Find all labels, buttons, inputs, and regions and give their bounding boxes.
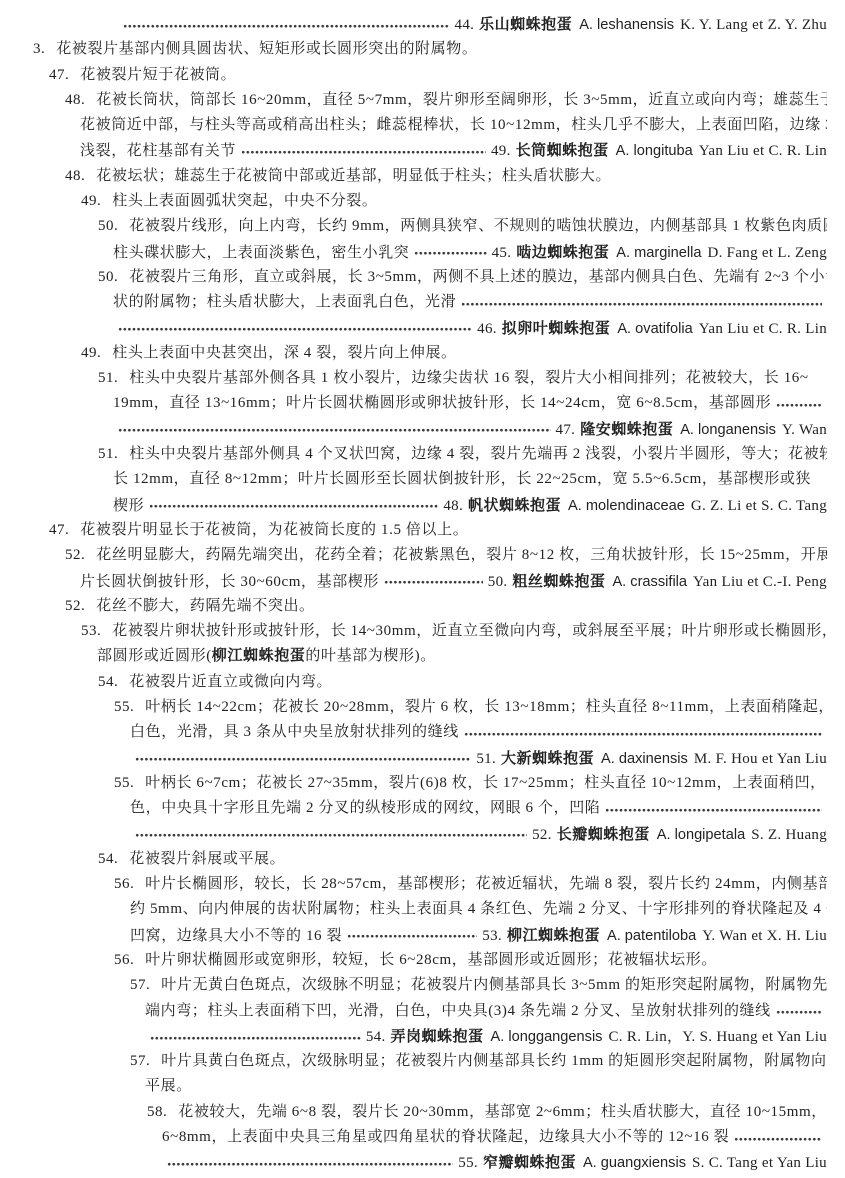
key-line: 51.大新蜘蛛抱蛋A. daxinensisM. F. Hou et Yan L…: [130, 746, 845, 771]
key-text: 部圆形或近圆形(: [97, 644, 212, 669]
key-line: 48.花被坛状；雄蕊生于花被筒中部或近基部，明显低于柱头；柱头盾状膨大。: [65, 164, 845, 189]
species-authority: C. R. Lin，Y. S. Huang et Yan Liu: [608, 1025, 827, 1050]
key-text: 花被裂片线形，向上内弯，长约 9mm，两侧具狭窄、不规则的啮蚀状膜边，内侧基部具…: [129, 214, 827, 239]
couplet-number: 53.: [81, 619, 101, 644]
couplet-number: 51.: [98, 442, 118, 467]
key-line: 片长圆状倒披针形，长 30~60cm，基部楔形50.粗丝蜘蛛抱蛋A. crass…: [80, 569, 845, 594]
species-name-latin: A. crassifila: [612, 570, 687, 595]
key-text: 叶柄长 6~7cm；花被长 27~35mm，裂片(6)8 枚，长 17~25mm…: [145, 771, 827, 796]
couplet-number: 57.: [130, 973, 150, 998]
key-line: 浅裂，花柱基部有关节49.长筒蜘蛛抱蛋A. longitubaYan Liu e…: [80, 138, 845, 163]
species-ref-number: 54.: [366, 1025, 386, 1050]
species-ref-number: 49.: [491, 139, 511, 164]
couplet-number: 49.: [81, 341, 101, 366]
dotted-leader: [605, 802, 822, 816]
species-entry: 49.长筒蜘蛛抱蛋A. longitubaYan Liu et C. R. Li…: [491, 138, 827, 164]
dotted-leader: [414, 245, 486, 259]
key-text: 花被裂片三角形，直立或斜展，长 3~5mm，两侧不具上述的膜边，基部内侧具白色、…: [129, 265, 827, 290]
species-ref-number: 44.: [455, 13, 475, 38]
couplet-number: 56.: [114, 872, 134, 897]
dotted-leader: [464, 726, 822, 740]
species-ref-number: 53.: [482, 924, 502, 949]
species-name-latin: A. marginella: [616, 241, 701, 266]
key-line: 柱头碟状膨大，上表面淡紫色，密生小乳突45.啮边蜘蛛抱蛋A. marginell…: [113, 240, 845, 265]
key-text: 花丝不膨大，药隔先端不突出。: [96, 594, 314, 619]
key-text: 花被裂片短于花被筒。: [80, 63, 236, 88]
couplet-number: 49.: [81, 189, 101, 214]
key-text: 叶片长椭圆形，较长，长 28~57cm，基部楔形；花被近辐状，先端 8 裂，裂片…: [145, 872, 827, 897]
species-authority: Y. Wan: [782, 418, 827, 443]
species-entry: 45.啮边蜘蛛抱蛋A. marginellaD. Fang et L. Zeng: [492, 240, 827, 266]
key-line: 49.柱头上表面圆弧状突起，中央不分裂。: [81, 189, 845, 214]
key-line: 57.叶片具黄白色斑点，次级脉明显；花被裂片内侧基部具长约 1mm 的矩圆形突起…: [130, 1049, 845, 1074]
dotted-leader: [776, 1004, 822, 1018]
species-name-cn: 长瓣蜘蛛抱蛋: [557, 822, 650, 847]
key-text: 花被裂片近直立或微向内弯。: [129, 670, 332, 695]
species-name-cn: 长筒蜘蛛抱蛋: [516, 138, 609, 163]
species-authority: Yan Liu et C.-I. Peng: [693, 570, 827, 595]
key-line: 53.花被裂片卵状披针形或披针形，长 14~30mm，近直立至微向内弯，或斜展至…: [81, 619, 845, 644]
species-entry: 52.长瓣蜘蛛抱蛋A. longipetalaS. Z. Huang: [532, 822, 827, 848]
species-ref-number: 50.: [488, 570, 508, 595]
dotted-leader: [149, 498, 438, 512]
key-text: 叶柄长 14~22cm；花被长 20~28mm，裂片 6 枚，长 13~18mm…: [145, 695, 827, 720]
key-text: 花丝明显膨大，药隔先端突出，花药全着；花被紫黑色，裂片 8~12 枚，三角状披针…: [96, 543, 827, 568]
key-text: 的叶基部为楔形)。: [305, 644, 435, 669]
couplet-number: 51.: [98, 366, 118, 391]
key-line: 52.长瓣蜘蛛抱蛋A. longipetalaS. Z. Huang: [130, 822, 845, 847]
species-name-latin: A. longanensis: [680, 418, 776, 443]
dotted-leader: [135, 827, 527, 841]
species-entry: 44.乐山蜘蛛抱蛋A. leshanensisK. Y. Lang et Z. …: [455, 12, 827, 38]
key-text: 柱头碟状膨大，上表面淡紫色，密生小乳突: [113, 241, 409, 266]
key-line: 端内弯；柱头上表面稍下凹，光滑，白色，中央具(3)4 条先端 2 分叉、呈放射状…: [145, 999, 845, 1024]
species-name-cn: 窄瓣蜘蛛抱蛋: [483, 1150, 576, 1175]
key-line: 楔形48.帆状蜘蛛抱蛋A. molendinaceaeG. Z. Li et S…: [113, 493, 845, 518]
couplet-number: 50.: [98, 265, 118, 290]
dotted-leader: [167, 1156, 453, 1170]
key-line: 长 12mm，直径 8~12mm；叶片长圆形至长圆状倒披针形，长 22~25cm…: [113, 467, 845, 492]
couplet-number: 47.: [49, 518, 69, 543]
species-name-cn: 乐山蜘蛛抱蛋: [479, 12, 572, 37]
key-body: 44.乐山蜘蛛抱蛋A. leshanensisK. Y. Lang et Z. …: [0, 12, 845, 1176]
key-line: 47.花被裂片短于花被筒。: [49, 63, 845, 88]
species-authority: Yan Liu et C. R. Lin: [699, 317, 827, 342]
key-line: 约 5mm、向内伸展的齿状附属物；柱头上表面具 4 条红色、先端 2 分叉、十字…: [130, 897, 845, 922]
species-name-cn: 柳江蜘蛛抱蛋: [507, 923, 600, 948]
dotted-leader: [150, 1030, 361, 1044]
key-line: 56.叶片卵状椭圆形或宽卵形，较短，长 6~28cm，基部圆形或近圆形；花被辐状…: [114, 948, 845, 973]
species-name-cn: 粗丝蜘蛛抱蛋: [512, 569, 605, 594]
species-entry: 54.弄岗蜘蛛抱蛋A. longgangensisC. R. Lin，Y. S.…: [366, 1024, 827, 1050]
species-entry: 55.窄瓣蜘蛛抱蛋A. guangxiensisS. C. Tang et Ya…: [458, 1150, 827, 1176]
dotted-leader: [776, 397, 822, 411]
key-line: 52.花丝不膨大，药隔先端不突出。: [65, 594, 845, 619]
couplet-number: 55.: [114, 695, 134, 720]
key-line: 部圆形或近圆形(柳江蜘蛛抱蛋的叶基部为楔形)。: [97, 644, 845, 669]
species-entry: 50.粗丝蜘蛛抱蛋A. crassifilaYan Liu et C.-I. P…: [488, 569, 827, 595]
key-line: 55.叶柄长 14~22cm；花被长 20~28mm，裂片 6 枚，长 13~1…: [114, 695, 845, 720]
key-line: 46.拟卵叶蜘蛛抱蛋A. ovatifoliaYan Liu et C. R. …: [113, 316, 845, 341]
key-line: 57.叶片无黄白色斑点，次级脉不明显；花被裂片内侧基部具长 3~5mm 的矩形突…: [130, 973, 845, 998]
species-ref-number: 51.: [476, 747, 496, 772]
species-ref-number: 47.: [556, 418, 576, 443]
key-text: 花被较大，先端 6~8 裂，裂片长 20~30mm，基部宽 2~6mm；柱头盾状…: [178, 1100, 827, 1125]
key-text: 叶片具黄白色斑点，次级脉明显；花被裂片内侧基部具长约 1mm 的矩圆形突起附属物…: [161, 1049, 827, 1074]
key-text: 叶片无黄白色斑点，次级脉不明显；花被裂片内侧基部具长 3~5mm 的矩形突起附属…: [161, 973, 827, 998]
species-entry: 48.帆状蜘蛛抱蛋A. molendinaceaeG. Z. Li et S. …: [443, 493, 827, 519]
taxonomic-key-page: 44.乐山蜘蛛抱蛋A. leshanensisK. Y. Lang et Z. …: [0, 0, 845, 1178]
key-text: 19mm，直径 13~16mm；叶片长圆状椭圆形或卵状披针形，长 14~24cm…: [113, 391, 771, 416]
key-line: 50.花被裂片线形，向上内弯，长约 9mm，两侧具狭窄、不规则的啮蚀状膜边，内侧…: [98, 214, 845, 239]
dotted-leader: [461, 296, 822, 310]
dotted-leader: [384, 574, 483, 588]
couplet-number: 54.: [98, 670, 118, 695]
couplet-number: 3.: [33, 37, 45, 62]
key-line: 3.花被裂片基部内侧具圆齿状、短矩形或长圆形突出的附属物。: [33, 37, 845, 62]
species-name-latin: A. ovatifolia: [617, 317, 692, 342]
key-line: 54.花被裂片近直立或微向内弯。: [98, 670, 845, 695]
key-line: 6~8mm，上表面中央具三角星或四角星状的脊状隆起，边缘具大小不等的 12~16…: [162, 1125, 845, 1150]
key-text: 状的附属物；柱头盾状膨大，上表面乳白色，光滑: [113, 290, 456, 315]
species-name-latin: A. longipetala: [657, 823, 745, 848]
species-entry: 47.隆安蜘蛛抱蛋A. longanensisY. Wan: [556, 417, 827, 443]
key-line: 状的附属物；柱头盾状膨大，上表面乳白色，光滑: [113, 290, 845, 315]
key-text: 约 5mm、向内伸展的齿状附属物；柱头上表面具 4 条红色、先端 2 分叉、十字…: [130, 897, 827, 922]
key-text: 花被裂片卵状披针形或披针形，长 14~30mm，近直立至微向内弯，或斜展至平展；…: [112, 619, 827, 644]
key-text: 平展。: [145, 1074, 192, 1099]
dotted-leader: [123, 18, 450, 32]
key-line: 白色，光滑，具 3 条从中央呈放射状排列的缝线: [130, 720, 845, 745]
key-line: 49.柱头上表面中央甚突出，深 4 裂，裂片向上伸展。: [81, 341, 845, 366]
key-text: 花被坛状；雄蕊生于花被筒中部或近基部，明显低于柱头；柱头盾状膨大。: [96, 164, 611, 189]
key-text: 片长圆状倒披针形，长 30~60cm，基部楔形: [80, 570, 379, 595]
key-text: 6~8mm，上表面中央具三角星或四角星状的脊状隆起，边缘具大小不等的 12~16…: [162, 1125, 729, 1150]
key-text: 长 12mm，直径 8~12mm；叶片长圆形至长圆状倒披针形，长 22~25cm…: [113, 467, 811, 492]
key-line: 55.窄瓣蜘蛛抱蛋A. guangxiensisS. C. Tang et Ya…: [162, 1150, 845, 1175]
key-line: 44.乐山蜘蛛抱蛋A. leshanensisK. Y. Lang et Z. …: [118, 12, 845, 37]
species-name-cn: 弄岗蜘蛛抱蛋: [391, 1024, 484, 1049]
species-ref-number: 55.: [458, 1151, 478, 1176]
species-entry: 53.柳江蜘蛛抱蛋A. patentilobaY. Wan et X. H. L…: [482, 923, 827, 949]
key-line: 50.花被裂片三角形，直立或斜展，长 3~5mm，两侧不具上述的膜边，基部内侧具…: [98, 265, 845, 290]
species-authority: Y. Wan et X. H. Liu: [702, 924, 827, 949]
species-name-cn: 帆状蜘蛛抱蛋: [468, 493, 561, 518]
couplet-number: 58.: [147, 1100, 167, 1125]
key-text: 凹窝，边缘具大小不等的 16 裂: [130, 924, 342, 949]
species-name-latin: A. guangxiensis: [583, 1151, 686, 1176]
species-entry: 46.拟卵叶蜘蛛抱蛋A. ovatifoliaYan Liu et C. R. …: [477, 316, 827, 342]
key-line: 51.柱头中央裂片基部外侧具 4 个叉状凹窝，边缘 4 裂，裂片先端再 2 浅裂…: [98, 442, 845, 467]
key-text: 柱头中央裂片基部外侧各具 1 枚小裂片，边缘尖齿状 16 裂，裂片大小相间排列；…: [129, 366, 808, 391]
dotted-leader: [118, 321, 472, 335]
species-name-latin: A. molendinaceae: [568, 494, 685, 519]
species-ref-number: 52.: [532, 823, 552, 848]
couplet-number: 52.: [65, 594, 85, 619]
key-line: 47.隆安蜘蛛抱蛋A. longanensisY. Wan: [113, 417, 845, 442]
species-name-cn: 拟卵叶蜘蛛抱蛋: [502, 316, 611, 341]
key-text: 端内弯；柱头上表面稍下凹，光滑，白色，中央具(3)4 条先端 2 分叉、呈放射状…: [145, 999, 771, 1024]
dotted-leader: [241, 144, 486, 158]
couplet-number: 56.: [114, 948, 134, 973]
dotted-leader: [118, 422, 551, 436]
key-line: 56.叶片长椭圆形，较长，长 28~57cm，基部楔形；花被近辐状，先端 8 裂…: [114, 872, 845, 897]
key-text: 白色，光滑，具 3 条从中央呈放射状排列的缝线: [130, 720, 459, 745]
species-authority: G. Z. Li et S. C. Tang: [691, 494, 827, 519]
species-name-latin: A. leshanensis: [579, 13, 674, 38]
species-authority: D. Fang et L. Zeng: [707, 241, 827, 266]
couplet-number: 50.: [98, 214, 118, 239]
species-name-latin: A. longituba: [616, 139, 693, 164]
couplet-number: 55.: [114, 771, 134, 796]
species-name-latin: A. longgangensis: [491, 1025, 603, 1050]
key-text: 花被裂片明显长于花被筒，为花被筒长度的 1.5 倍以上。: [80, 518, 468, 543]
key-line: 52.花丝明显膨大，药隔先端突出，花药全着；花被紫黑色，裂片 8~12 枚，三角…: [65, 543, 845, 568]
key-line: 平展。: [145, 1074, 845, 1099]
species-authority: M. F. Hou et Yan Liu: [694, 747, 827, 772]
key-text: 花被筒近中部，与柱头等高或稍高出柱头；雌蕊棍棒状，长 10~12mm，柱头几乎不…: [80, 113, 827, 138]
species-ref-number: 45.: [492, 241, 512, 266]
key-line: 色，中央具十字形且先端 2 分叉的纵棱形成的网纹，网眼 6 个，凹陷: [130, 796, 845, 821]
species-name-cn: 啮边蜘蛛抱蛋: [516, 240, 609, 265]
dotted-leader: [734, 1131, 822, 1145]
couplet-number: 48.: [65, 164, 85, 189]
key-text: 柱头上表面圆弧状突起，中央不分裂。: [112, 189, 377, 214]
key-text: 楔形: [113, 494, 144, 519]
species-name-inline: 柳江蜘蛛抱蛋: [212, 644, 306, 669]
species-name-cn: 隆安蜘蛛抱蛋: [580, 417, 673, 442]
key-line: 51.柱头中央裂片基部外侧各具 1 枚小裂片，边缘尖齿状 16 裂，裂片大小相间…: [98, 366, 845, 391]
key-line: 凹窝，边缘具大小不等的 16 裂53.柳江蜘蛛抱蛋A. patentilobaY…: [130, 923, 845, 948]
dotted-leader: [135, 751, 471, 765]
key-text: 花被长筒状，筒部长 16~20mm，直径 5~7mm，裂片卵形至阔卵形，长 3~…: [96, 88, 827, 113]
couplet-number: 47.: [49, 63, 69, 88]
key-line: 55.叶柄长 6~7cm；花被长 27~35mm，裂片(6)8 枚，长 17~2…: [114, 771, 845, 796]
key-text: 色，中央具十字形且先端 2 分叉的纵棱形成的网纹，网眼 6 个，凹陷: [130, 796, 600, 821]
species-name-latin: A. daxinensis: [601, 747, 688, 772]
species-authority: S. C. Tang et Yan Liu: [692, 1151, 827, 1176]
key-line: 48.花被长筒状，筒部长 16~20mm，直径 5~7mm，裂片卵形至阔卵形，长…: [65, 88, 845, 113]
key-text: 花被裂片斜展或平展。: [129, 847, 285, 872]
species-authority: K. Y. Lang et Z. Y. Zhu: [680, 13, 827, 38]
species-ref-number: 48.: [443, 494, 463, 519]
key-line: 47.花被裂片明显长于花被筒，为花被筒长度的 1.5 倍以上。: [49, 518, 845, 543]
key-line: 54.花被裂片斜展或平展。: [98, 847, 845, 872]
key-line: 花被筒近中部，与柱头等高或稍高出柱头；雌蕊棍棒状，长 10~12mm，柱头几乎不…: [80, 113, 845, 138]
key-text: 叶片卵状椭圆形或宽卵形，较短，长 6~28cm，基部圆形或近圆形；花被辐状坛形。: [145, 948, 717, 973]
key-line: 58.花被较大，先端 6~8 裂，裂片长 20~30mm，基部宽 2~6mm；柱…: [147, 1100, 845, 1125]
species-authority: Yan Liu et C. R. Lin: [699, 139, 827, 164]
couplet-number: 54.: [98, 847, 118, 872]
key-text: 花被裂片基部内侧具圆齿状、短矩形或长圆形突出的附属物。: [56, 37, 477, 62]
species-authority: S. Z. Huang: [751, 823, 827, 848]
key-text: 柱头上表面中央甚突出，深 4 裂，裂片向上伸展。: [112, 341, 456, 366]
species-name-cn: 大新蜘蛛抱蛋: [501, 746, 594, 771]
species-entry: 51.大新蜘蛛抱蛋A. daxinensisM. F. Hou et Yan L…: [476, 746, 827, 772]
key-text: 柱头中央裂片基部外侧具 4 个叉状凹窝，边缘 4 裂，裂片先端再 2 浅裂，小裂…: [129, 442, 827, 467]
key-line: 54.弄岗蜘蛛抱蛋A. longgangensisC. R. Lin，Y. S.…: [145, 1024, 845, 1049]
key-line: 19mm，直径 13~16mm；叶片长圆状椭圆形或卵状披针形，长 14~24cm…: [113, 391, 845, 416]
species-ref-number: 46.: [477, 317, 497, 342]
couplet-number: 57.: [130, 1049, 150, 1074]
couplet-number: 52.: [65, 543, 85, 568]
key-text: 浅裂，花柱基部有关节: [80, 139, 236, 164]
dotted-leader: [347, 928, 477, 942]
couplet-number: 48.: [65, 88, 85, 113]
species-name-latin: A. patentiloba: [607, 924, 696, 949]
